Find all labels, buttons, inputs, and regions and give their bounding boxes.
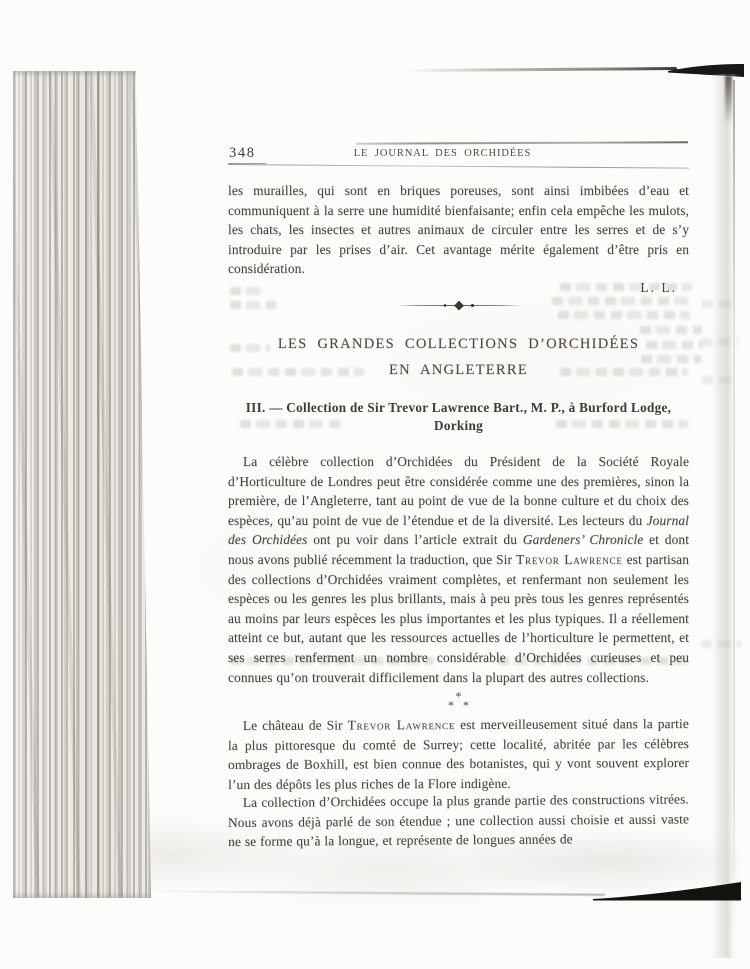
bleedthrough-line xyxy=(702,376,737,384)
bleedthrough-line xyxy=(701,338,739,346)
scanned-book-page: 348 LE JOURNAL DES ORCHIDÉES les muraill… xyxy=(0,0,750,969)
divider-dot-right xyxy=(471,304,474,307)
article-subtitle-line1: III. — Collection de Sir Trevor Lawrence… xyxy=(228,400,689,416)
running-header: 348 LE JOURNAL DES ORCHIDÉES xyxy=(228,140,689,167)
paragraph-chateau: Le château de Sir Trevor Lawrence est me… xyxy=(228,714,689,794)
asterism-ornament: * * * xyxy=(228,692,689,710)
scan-corner-bottom-right xyxy=(593,881,741,901)
article-title-line2: EN ANGLETERRE xyxy=(228,362,689,379)
asterism-bottom: * * xyxy=(228,701,689,710)
paragraph-murailles: les murailles, qui sont en briques poreu… xyxy=(228,181,689,279)
book-gutter-page-edges xyxy=(13,71,151,898)
section-divider-ornament xyxy=(411,301,507,310)
author-initials: L. L. xyxy=(228,280,689,296)
paragraph-intro: La célèbre collection d’Orchidées du Pré… xyxy=(228,452,689,687)
bleedthrough-line xyxy=(701,640,741,648)
page-fold-dark-streak xyxy=(725,76,732,124)
divider-diamond xyxy=(454,301,463,310)
text-column: 348 LE JOURNAL DES ORCHIDÉES les muraill… xyxy=(228,140,689,852)
paragraph-collection: La collection d’Orchidées occupe la plus… xyxy=(228,790,689,852)
header-rule-bottom xyxy=(228,164,689,169)
journal-running-title: LE JOURNAL DES ORCHIDÉES xyxy=(212,148,673,159)
header-rule-top xyxy=(356,141,688,144)
divider-dot-left xyxy=(444,304,447,307)
article-title-line1: LES GRANDES COLLECTIONS D’ORCHIDÉES xyxy=(228,336,689,353)
bleedthrough-line xyxy=(702,300,738,308)
article-subtitle-line2: Dorking xyxy=(228,418,689,434)
page-fold-line xyxy=(733,80,735,932)
